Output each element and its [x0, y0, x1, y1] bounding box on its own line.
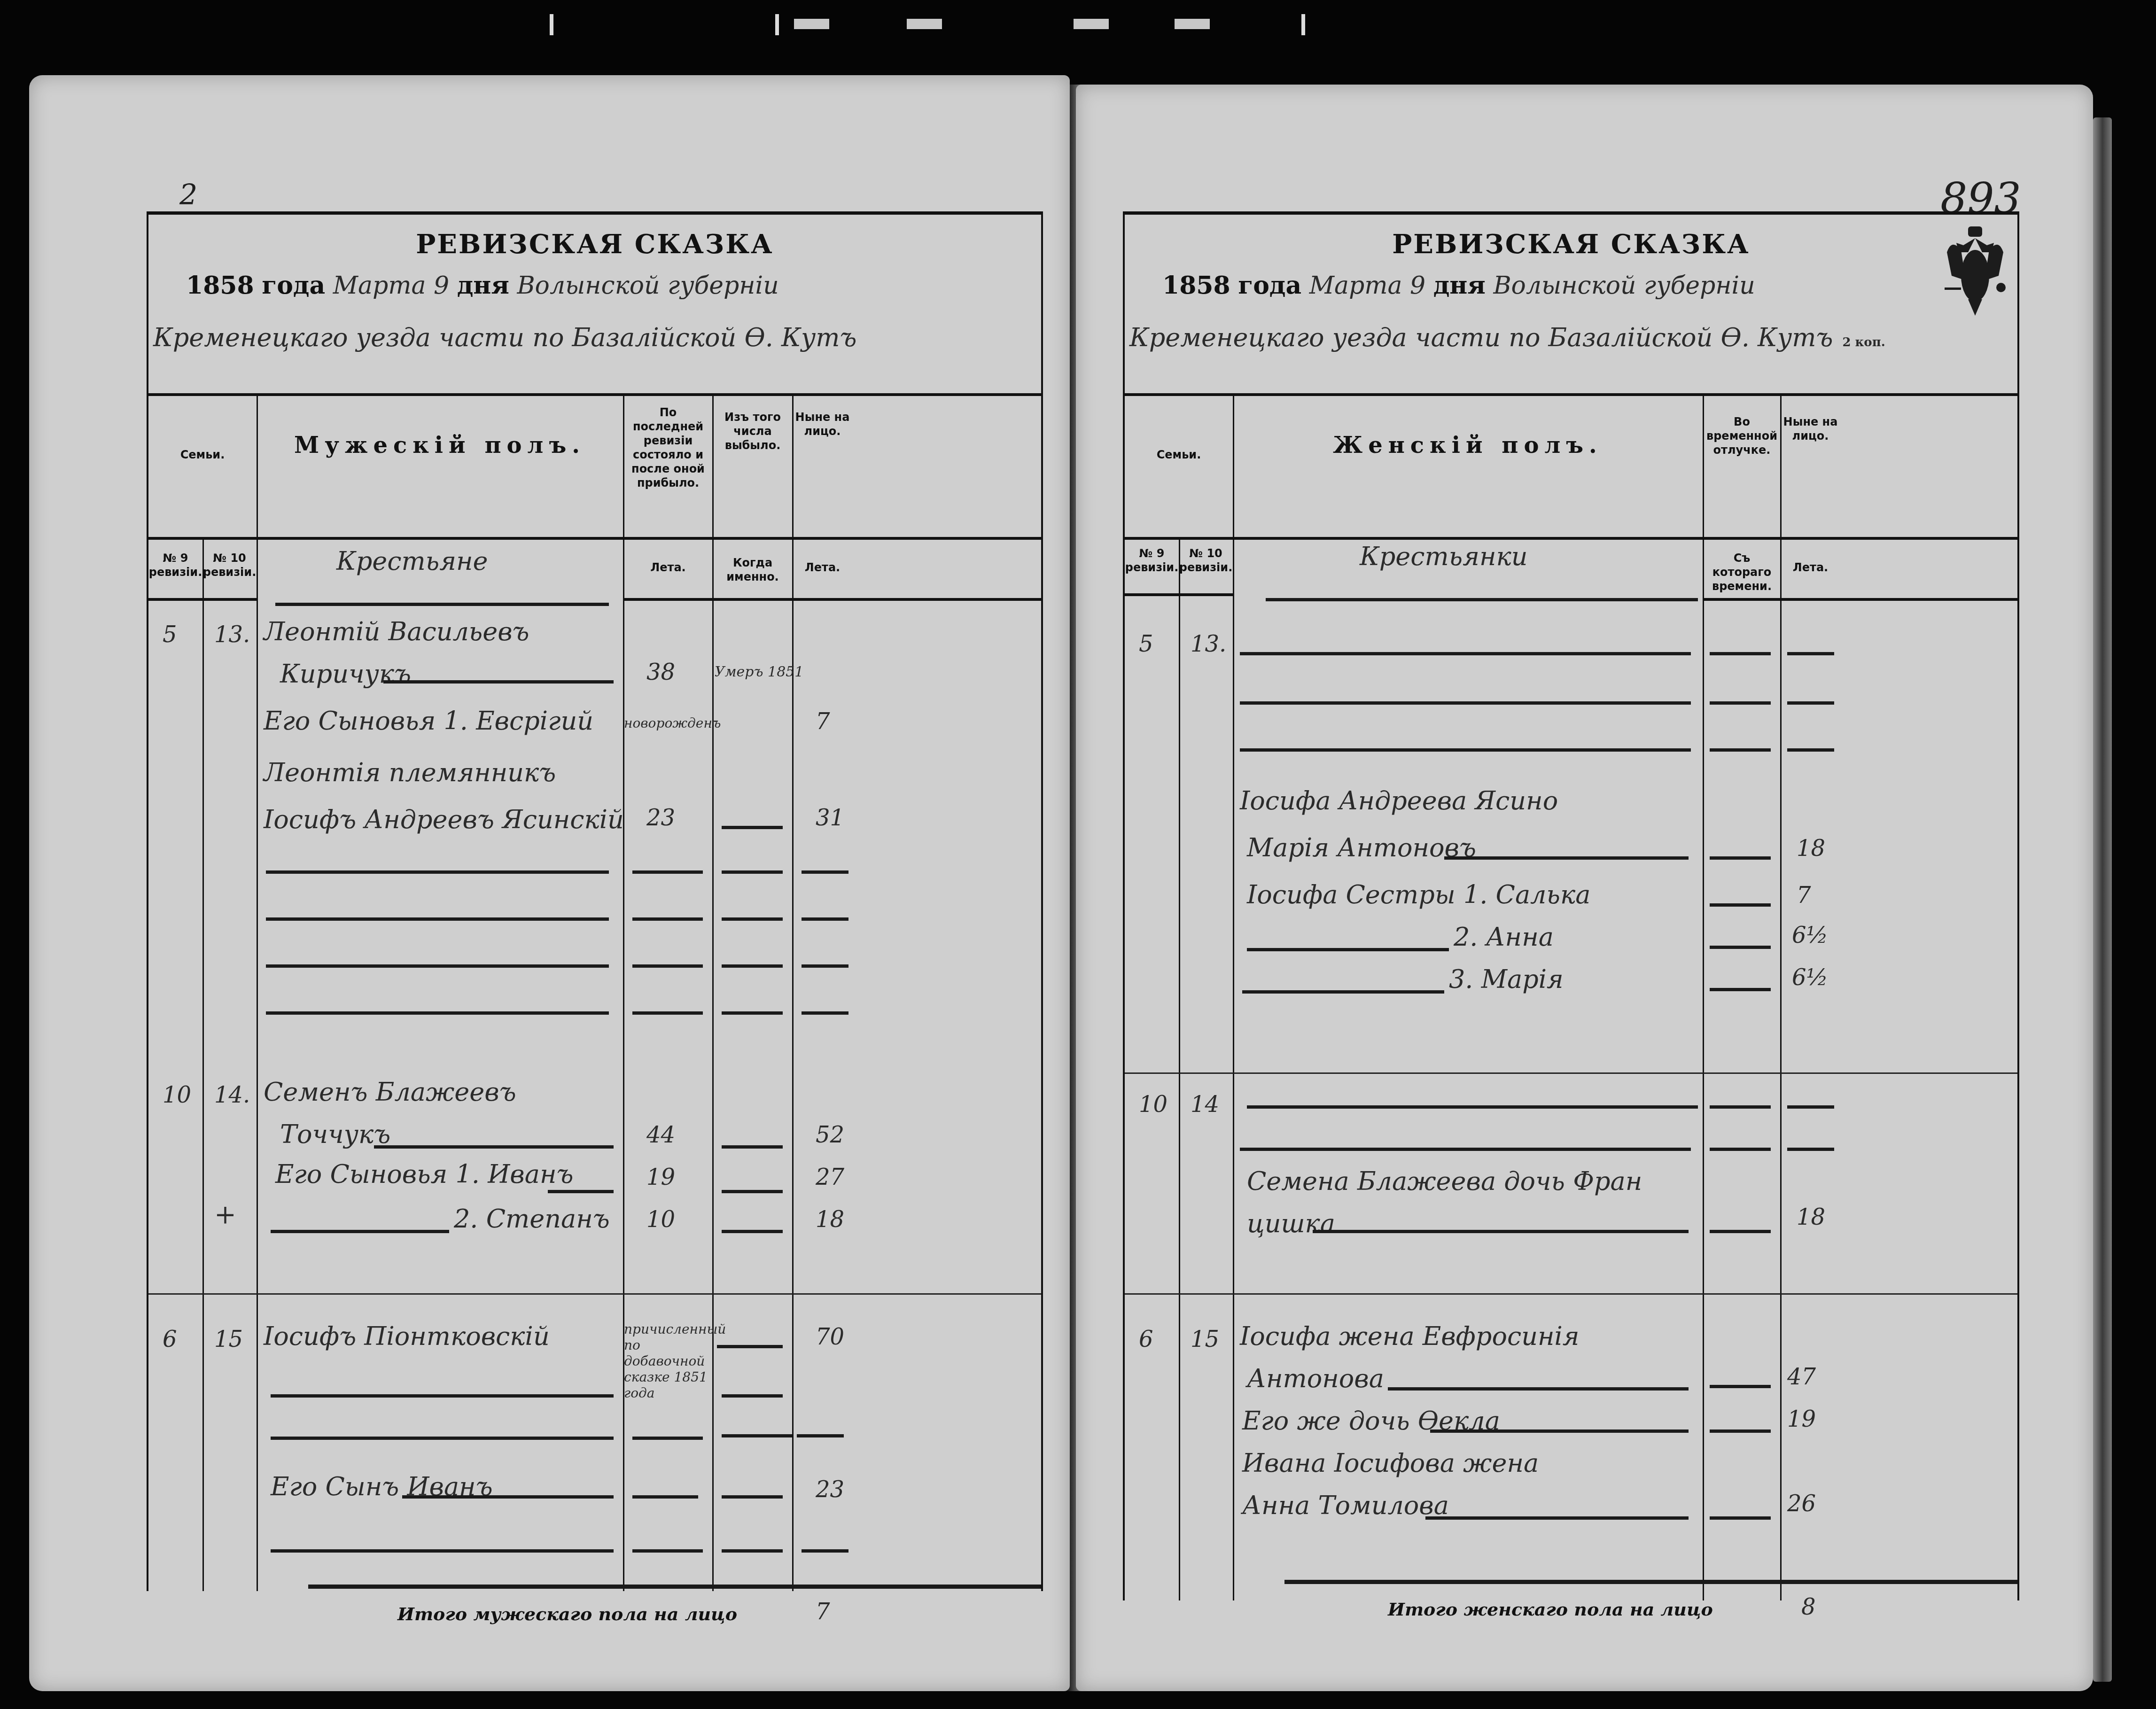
province: Волынской губернiи: [517, 272, 778, 300]
header-section: Мужескiй полъ.: [257, 438, 623, 452]
margin-mark: +: [214, 1199, 236, 1230]
header-rev9: № 9 ревизiи.: [1125, 546, 1179, 575]
header-departed: Изъ того числа выбыло.: [713, 410, 792, 452]
header-families: Семьи.: [1125, 448, 1233, 462]
person-name: 3. Марiя: [1449, 964, 1564, 994]
female-form: РЕВИЗСКАЯ СКАЗКА 1858 года Марта 9 дня В…: [1123, 211, 2019, 1600]
date-line: 1858 года Марта 9 дня Волынской губернiи: [1162, 271, 1755, 300]
province: Волынской губернiи: [1493, 272, 1755, 300]
person-name: Анна Томилова: [1242, 1491, 1449, 1520]
month: Марта: [1309, 272, 1402, 300]
person-name: Леонтiй Васильевъ: [264, 617, 529, 646]
tab-mark: [1074, 19, 1109, 29]
female-total-label: Итого женскаго пола на лицо: [1388, 1599, 1713, 1620]
person-name: Семенъ Блажеевъ: [264, 1077, 516, 1107]
person-name: 2. Анна: [1454, 922, 1554, 952]
person-name: Марiя Антоновъ: [1247, 833, 1476, 862]
header-present: Ныне на лицо.: [793, 410, 852, 438]
form-title: РЕВИЗСКАЯ СКАЗКА: [148, 229, 1041, 260]
header-rev9: № 9 ревизiи.: [148, 551, 202, 579]
tab-mark: [775, 14, 779, 35]
male-table: Семьи. Мужескiй полъ. По последней ревиз…: [148, 393, 1041, 1591]
date-line: 1858 года Марта 9 дня Волынской губернiи: [186, 271, 779, 300]
person-name: Iосифа Сестры 1. Салька: [1247, 880, 1590, 909]
day: 9: [434, 272, 449, 300]
tab-mark: [1175, 19, 1210, 29]
header-absence: Во временной отлучке.: [1704, 415, 1780, 457]
person-name: Iосифъ Андреевъ Ясинскiй: [264, 805, 624, 834]
page-edge: [2093, 117, 2112, 1682]
male-total-label: Итого мужескаго пола на лицо: [397, 1603, 737, 1624]
form-title: РЕВИЗСКАЯ СКАЗКА: [1125, 229, 2017, 260]
person-name: Антонова: [1247, 1364, 1384, 1393]
estate-label: Крестьянки: [1360, 542, 1528, 571]
district-line: Кременецкаго уезда части по Базалiйской …: [1129, 323, 1885, 352]
female-total-value: 8: [1801, 1594, 1816, 1620]
person-name: Семена Блажеева дочь Фран: [1247, 1166, 1642, 1196]
header-rev10: № 10 ревизiи.: [202, 551, 257, 579]
day: 9: [1410, 272, 1425, 300]
male-form: РЕВИЗСКАЯ СКАЗКА 1858 года Марта 9 дня В…: [147, 211, 1043, 1591]
tab-mark: [550, 14, 553, 35]
male-total-value: 7: [816, 1599, 830, 1625]
tab-mark: [1301, 14, 1305, 35]
header-present: Ныне на лицо.: [1781, 415, 1840, 443]
person-name: Киричукъ: [280, 659, 411, 689]
district-line: Кременецкаго уезда части по Базалiйской …: [153, 323, 856, 352]
person-name: Его Сыновья 1. Евсрiгий: [264, 706, 593, 736]
header-section: Женскiй полъ.: [1233, 438, 1703, 452]
header-rev10: № 10 ревизiи.: [1179, 546, 1233, 575]
person-name: 2. Степанъ: [454, 1204, 610, 1234]
person-name: Его Сыновья 1. Иванъ: [275, 1159, 573, 1189]
corner-mark: 2: [179, 179, 197, 211]
stamp-price: 2 коп.: [1842, 335, 1885, 350]
tab-mark: [794, 19, 829, 29]
person-name: Iосифъ Пiонтковскiй: [264, 1321, 550, 1351]
person-name: цишка: [1247, 1209, 1335, 1238]
person-name: Iосифа жена Евфросинiя: [1240, 1321, 1580, 1351]
person-name: Ивана Iосифова жена: [1242, 1448, 1539, 1478]
tab-mark: [907, 19, 942, 29]
right-page: 893 РЕВИЗСКАЯ СКАЗКА 1858 года Марта 9 д…: [1076, 85, 2093, 1691]
header-last-revision: По последней ревизiи состояло и после он…: [624, 405, 712, 490]
person-name: Точчукъ: [280, 1119, 390, 1149]
double-headed-eagle-icon: [1942, 224, 2008, 318]
month: Марта: [333, 272, 426, 300]
person-name: Леонтiя племянникъ: [264, 758, 556, 787]
female-table: Семьи. Женскiй полъ. Во временной отлучк…: [1125, 393, 2017, 1600]
header-families: Семьи.: [148, 448, 257, 462]
estate-label: Крестьяне: [336, 546, 488, 576]
person-name: Iосифа Андреева Ясино: [1240, 786, 1558, 816]
left-page: 2 РЕВИЗСКАЯ СКАЗКА 1858 года Марта 9 дня…: [29, 75, 1070, 1691]
